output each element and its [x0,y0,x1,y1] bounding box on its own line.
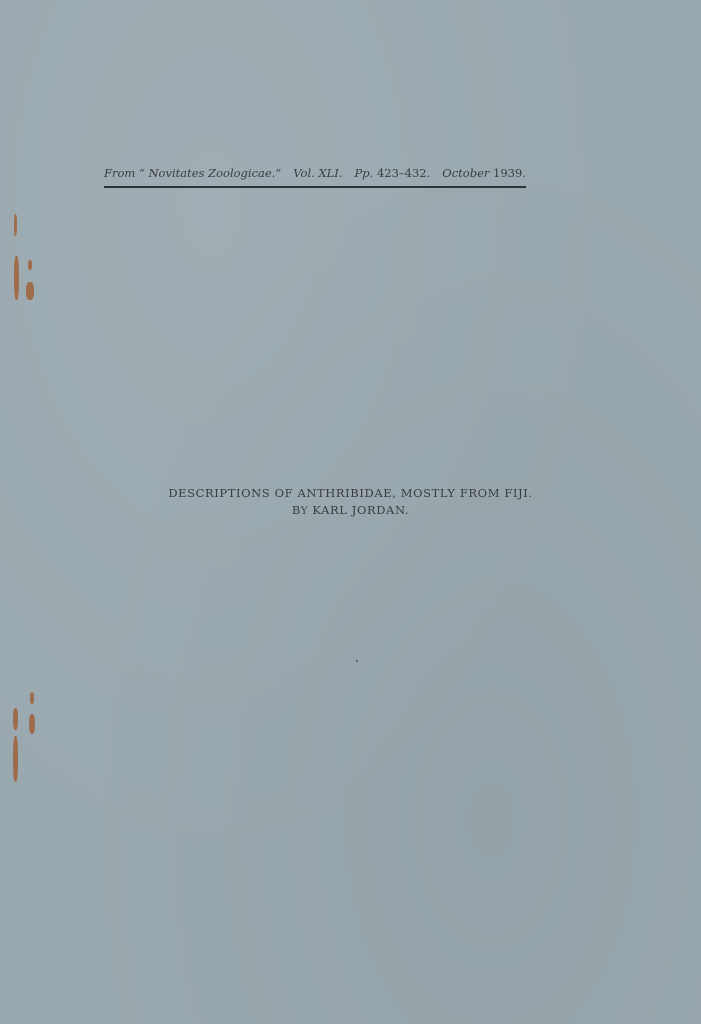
by-rest: Y [301,506,308,517]
date-month: October [442,166,489,180]
rust-stain [29,714,35,734]
rust-stain [26,282,34,300]
header-rule [104,186,526,188]
citation-date: October 1939. [442,166,526,180]
speck [356,660,358,662]
rust-stain [13,708,18,730]
document-cover: From “ Novitates Zoologicae.” Vol. XLI. … [0,0,701,1024]
by-initial: B [292,503,301,517]
author-line: BY KARL JORDAN. [0,503,701,517]
rust-stain [14,256,19,300]
citation-volume: Vol. XLI. [293,166,342,180]
citation-source: From “ Novitates Zoologicae.” [104,166,281,180]
document-title: DESCRIPTIONS OF ANTHRIBIDAE, MOSTLY FROM… [0,486,701,500]
author-name: KARL JORDAN. [312,503,409,517]
pages-prefix: Pp. [355,166,374,180]
citation-pages: Pp. 423–432. [355,166,431,180]
citation-line: From “ Novitates Zoologicae.” Vol. XLI. … [104,166,526,180]
rust-stain [30,692,34,704]
rust-stain [28,260,32,270]
pages-range: 423–432. [377,166,430,180]
rust-stain [13,736,18,782]
rust-stain [14,214,17,236]
date-year: 1939. [493,166,526,180]
